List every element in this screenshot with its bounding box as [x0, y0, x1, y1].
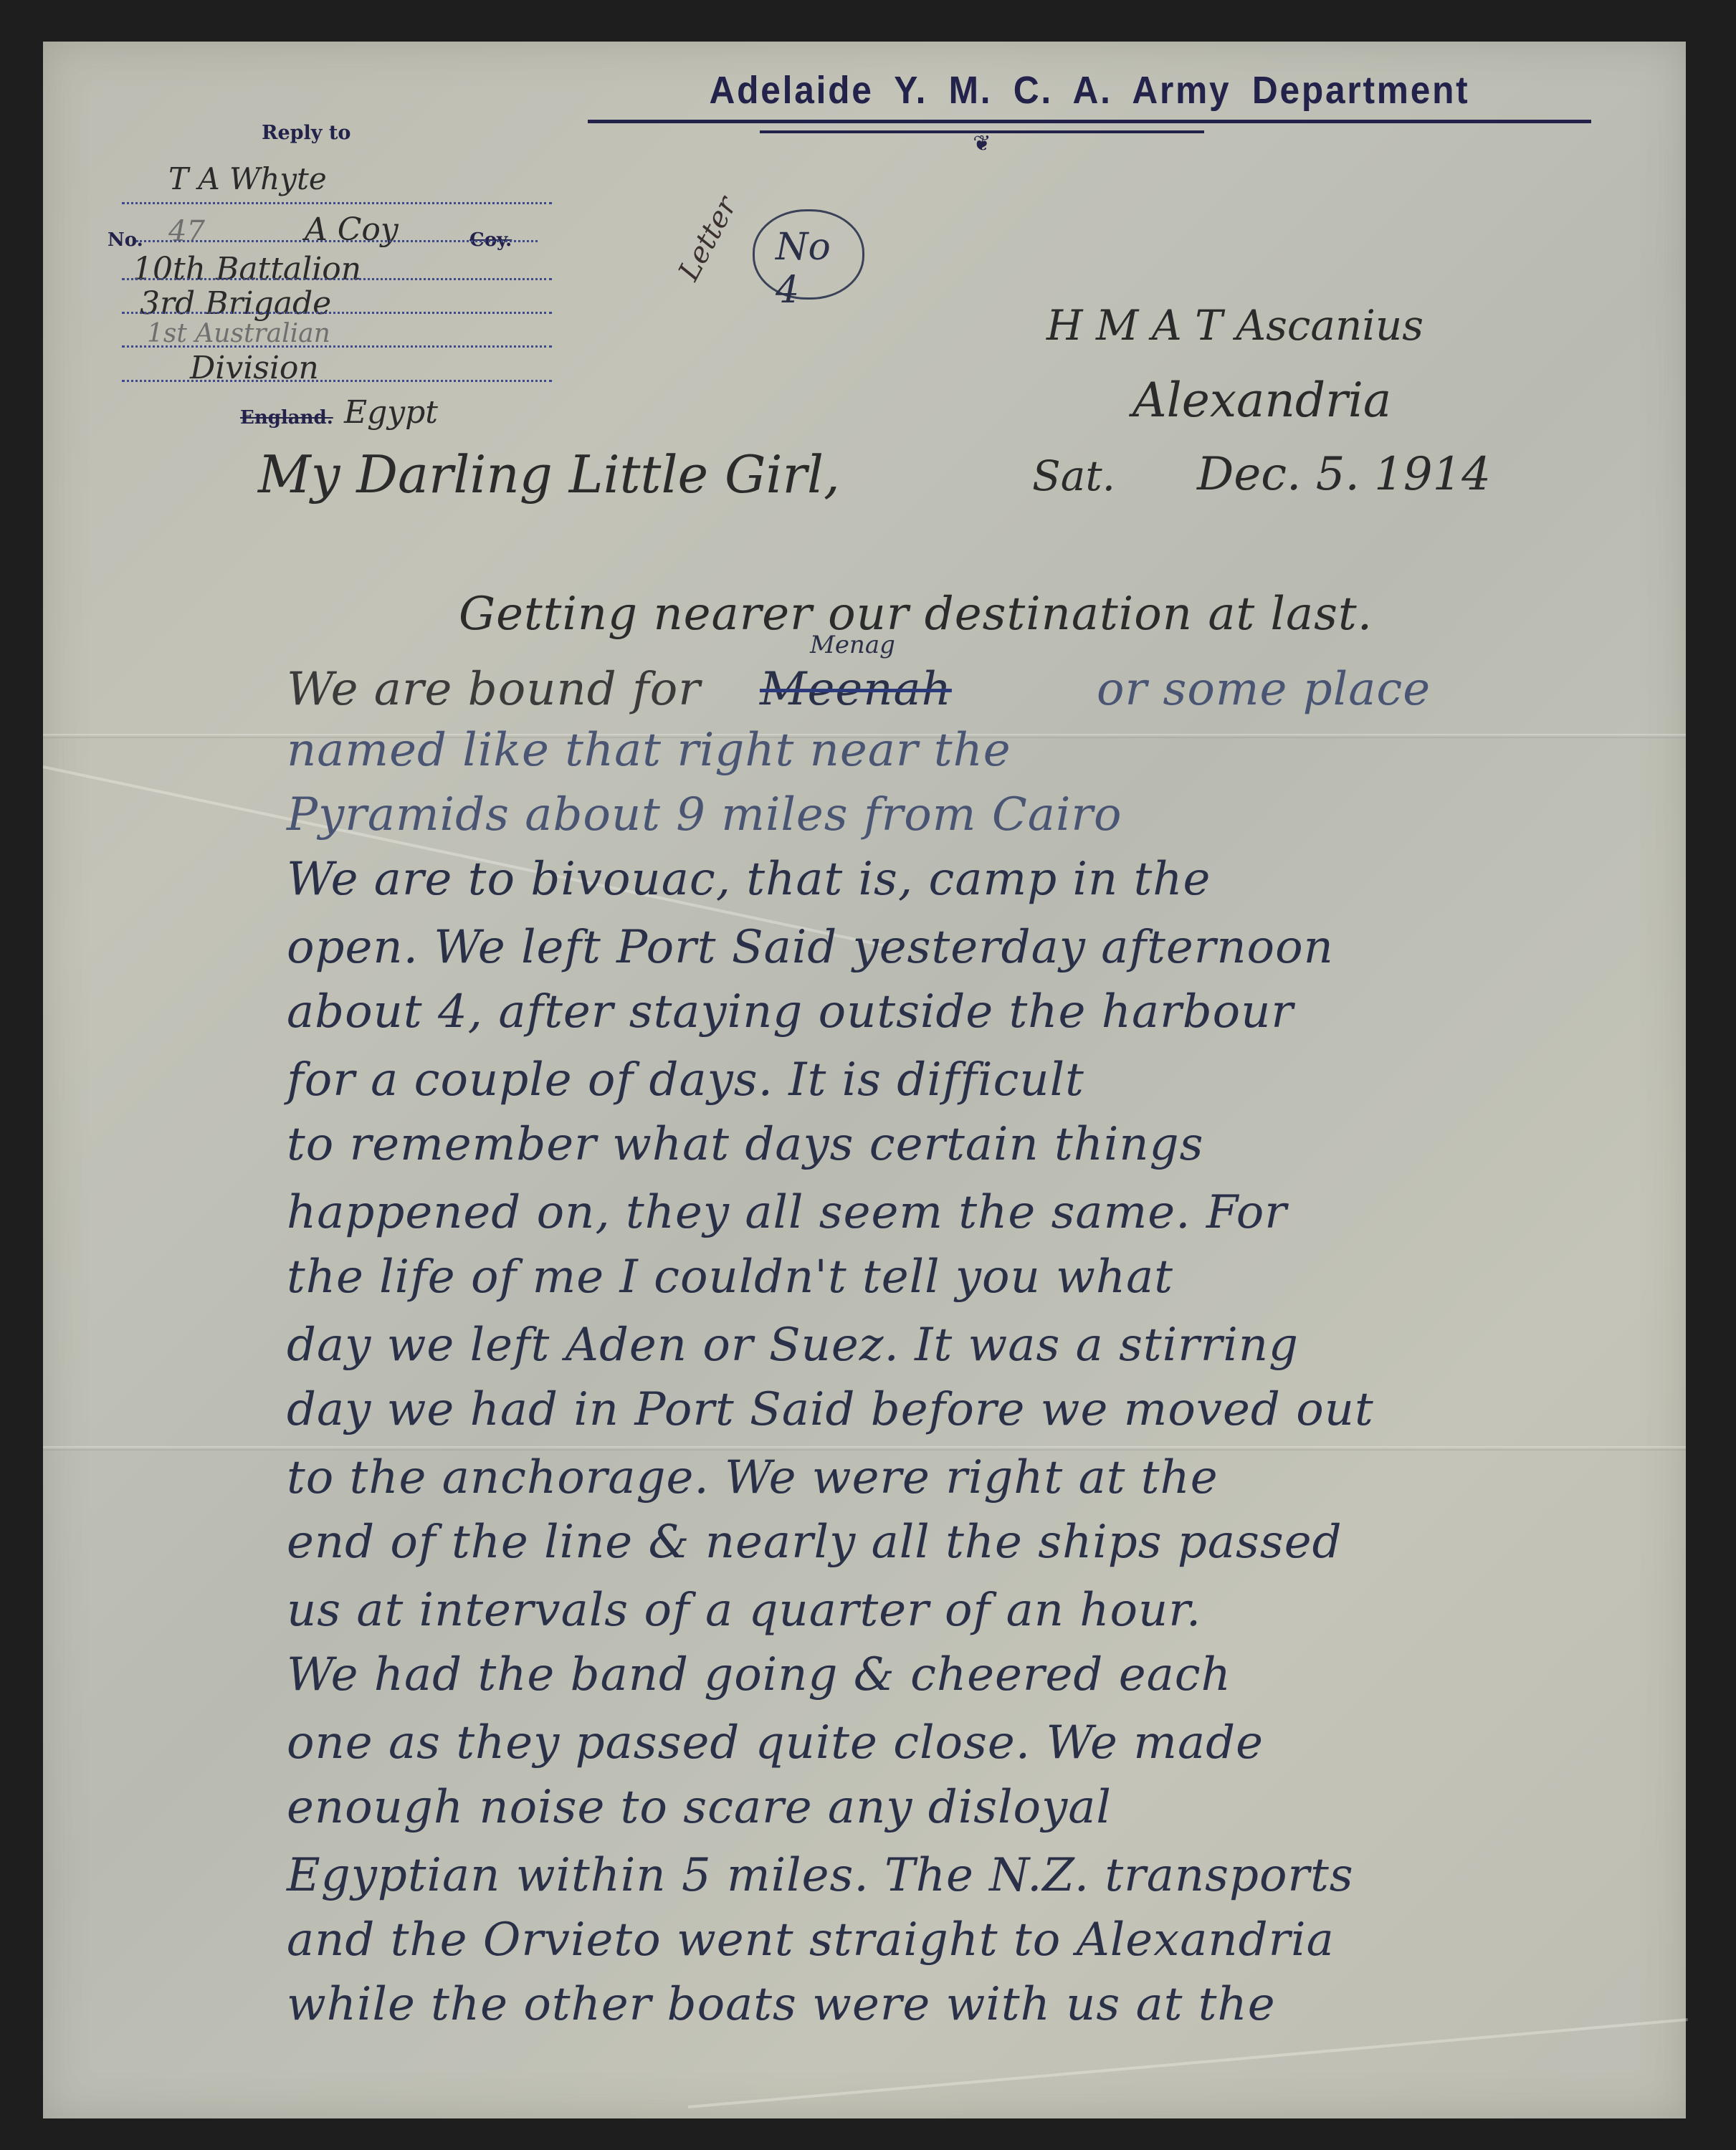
- paper-crease: [43, 1446, 1686, 1451]
- body-line: us at intervals of a quarter of an hour.: [287, 1584, 1201, 1637]
- salutation: My Darling Little Girl,: [258, 444, 840, 505]
- brigade: 3rd Brigade: [140, 285, 331, 322]
- body-line: to remember what days certain things: [287, 1118, 1203, 1171]
- dotted-line: [136, 240, 538, 242]
- body-line: We are to bivouac, that is, camp in the: [287, 853, 1211, 906]
- body-line: while the other boats were with us at th…: [287, 1978, 1276, 2031]
- body-line: the life of me I couldn't tell you what: [287, 1251, 1173, 1304]
- archive-letter-number: Letter No 4: [731, 201, 846, 294]
- body-line: day we left Aden or Suez. It was a stirr…: [287, 1319, 1299, 1372]
- dotted-line: [122, 202, 552, 204]
- country-printed: England.: [240, 407, 333, 429]
- body-line: Pyramids about 9 miles from Cairo: [287, 788, 1122, 841]
- body-line: and the Orvieto went straight to Alexand…: [287, 1913, 1335, 1967]
- body-line: end of the line & nearly all the ships p…: [287, 1516, 1342, 1569]
- division-line-1: 1st Australian: [147, 319, 330, 348]
- body-line: open. We left Port Said yesterday aftern…: [287, 921, 1334, 974]
- dotted-line: [122, 345, 552, 348]
- body-line: named like that right near the: [287, 724, 1011, 777]
- letter-day: Sat.: [1032, 451, 1115, 500]
- paper-crease: [688, 2018, 1688, 2108]
- place-name: Alexandria: [1132, 373, 1391, 428]
- letter-date: Dec. 5. 1914: [1197, 448, 1491, 501]
- letterhead: Adelaide Y. M. C. A. Army Department ❦: [588, 68, 1591, 155]
- battalion: 10th Battalion: [133, 251, 361, 287]
- dotted-line: [122, 380, 552, 382]
- body-line: to the anchorage. We were right at the: [287, 1451, 1218, 1504]
- body-line: one as they passed quite close. We made: [287, 1716, 1264, 1769]
- company: A Coy: [305, 211, 399, 248]
- body-line: We are bound for: [287, 663, 701, 716]
- dotted-line: [122, 278, 552, 280]
- body-line: day we had in Port Said before we moved …: [287, 1383, 1374, 1436]
- struck-word: Meenah: [760, 663, 952, 716]
- correction-insert: Menag: [810, 631, 895, 659]
- letter-number: No 4: [776, 226, 846, 312]
- letterhead-rule: [588, 120, 1591, 123]
- body-line: happened on, they all seem the same. For: [287, 1186, 1287, 1239]
- body-line: about 4, after staying outside the harbo…: [287, 985, 1294, 1038]
- letterhead-title: Adelaide Y. M. C. A. Army Department: [628, 68, 1551, 113]
- body-line: or some place: [1097, 663, 1431, 716]
- reply-to-heading: Reply to: [262, 122, 350, 144]
- dotted-line: [122, 312, 552, 314]
- bow-ornament-icon: ❦: [480, 133, 1484, 155]
- body-line: for a couple of days. It is difficult: [287, 1053, 1084, 1107]
- body-line: enough noise to scare any disloyal: [287, 1781, 1112, 1834]
- body-line: Getting nearer our destination at last.: [459, 588, 1373, 641]
- body-line: Egyptian within 5 miles. The N.Z. transp…: [287, 1849, 1354, 1902]
- body-line: We had the band going & cheered each: [287, 1648, 1231, 1701]
- ship-name: H M A T Ascanius: [1046, 301, 1423, 350]
- country-handwritten: Egypt: [344, 394, 438, 431]
- service-number: 47: [168, 215, 205, 248]
- sender-name: T A Whyte: [168, 161, 327, 196]
